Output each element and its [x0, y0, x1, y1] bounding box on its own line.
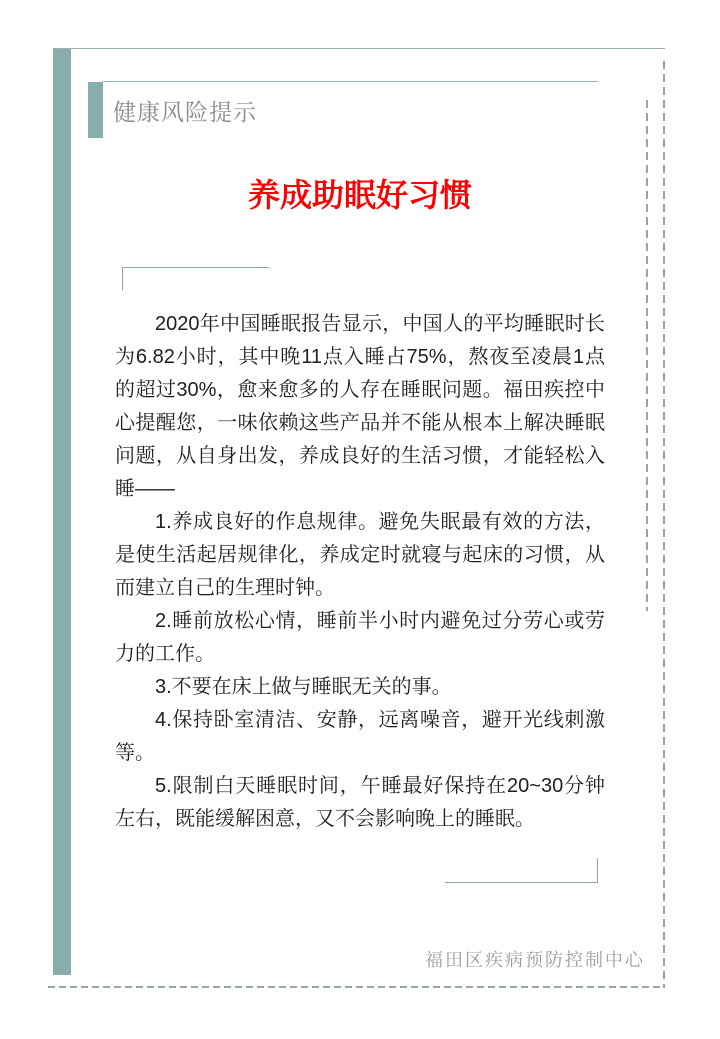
- header-label: 健康风险提示: [113, 94, 257, 127]
- header-rule-line: [103, 81, 598, 82]
- footer-organization: 福田区疾病预防控制中心: [425, 946, 645, 972]
- top-rule-line: [53, 48, 665, 49]
- tip-paragraph-1: 1.养成良好的作息规律。避免失眠最有效的方法，是使生活起居规律化，养成定时就寝与…: [115, 506, 605, 605]
- intro-paragraph: 2020年中国睡眠报告显示，中国人的平均睡眠时长为6.82小时，其中晚11点入睡…: [115, 308, 605, 506]
- corner-bracket-bottom-right: [445, 858, 598, 883]
- dashed-border-bottom: [48, 986, 665, 988]
- tip-paragraph-3: 3.不要在床上做与睡眠无关的事。: [115, 671, 605, 704]
- health-notice-page: 健康风险提示 养成助眠好习惯 2020年中国睡眠报告显示，中国人的平均睡眠时长为…: [0, 0, 720, 1039]
- header-accent-square: [88, 82, 103, 138]
- page-title: 养成助眠好习惯: [0, 174, 720, 216]
- tip-paragraph-5: 5.限制白天睡眠时间，午睡最好保持在20~30分钟左右，既能缓解困意，又不会影响…: [115, 770, 605, 836]
- corner-bracket-top-left: [122, 267, 269, 290]
- tip-paragraph-4: 4.保持卧室清洁、安静，远离噪音，避开光线刺激等。: [115, 704, 605, 770]
- tip-paragraph-2: 2.睡前放松心情，睡前半小时内避免过分劳心或劳力的工作。: [115, 605, 605, 671]
- body-text: 2020年中国睡眠报告显示，中国人的平均睡眠时长为6.82小时，其中晚11点入睡…: [115, 308, 605, 836]
